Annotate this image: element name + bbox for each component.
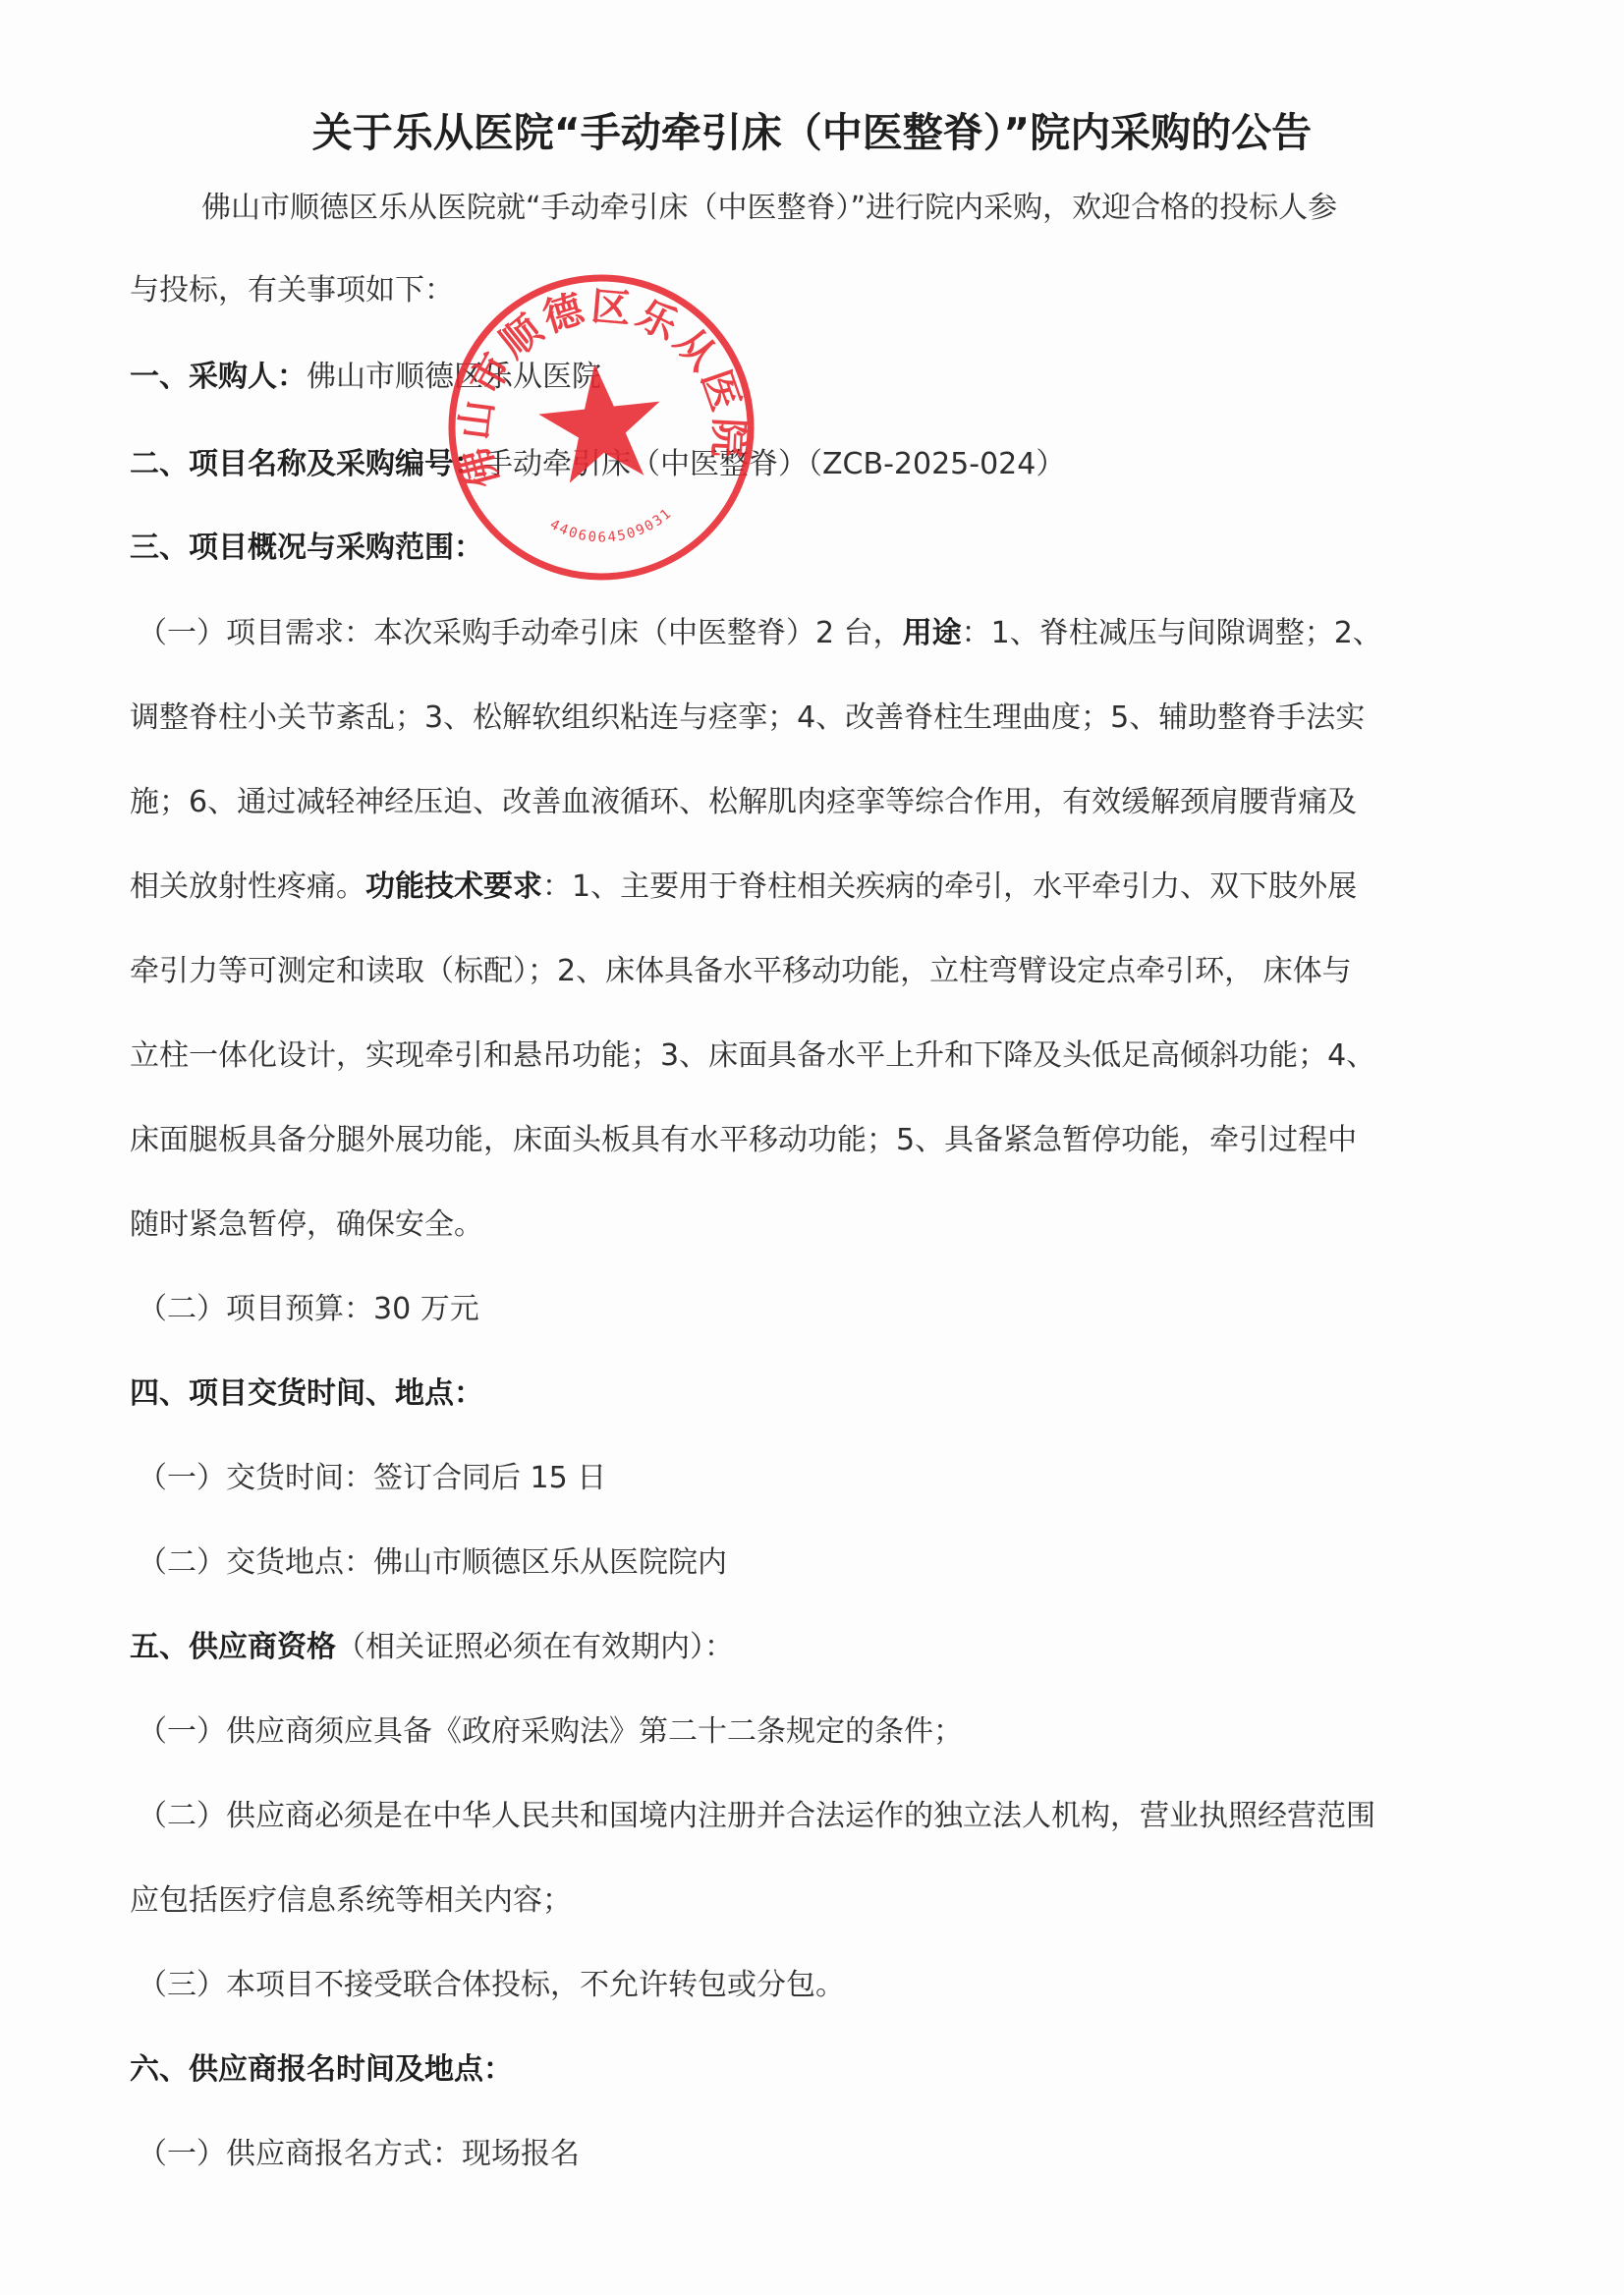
overview-line-4-prefix: 相关放射性疼痛。 <box>130 869 365 904</box>
overview-line-8: 随时紧急暂停，确保安全。 <box>130 1205 483 1245</box>
overview-line-5: 牵引力等可测定和读取（标配）；2、床体具备水平移动功能，立柱弯臂设定点牵引环， … <box>130 952 1352 991</box>
overview-line-1: （一）项目需求：本次采购手动牵引床（中医整脊）2 台，用途：1、脊柱减压与间隙调… <box>138 614 1382 653</box>
qualification-note: （相关证照必须在有效期内）： <box>336 1630 734 1664</box>
overview-line-3: 施；6、通过减轻神经压迫、改善血液循环、松解肌肉痉挛等综合作用，有效缓解颈肩腰背… <box>130 783 1357 822</box>
overview-line-6: 立柱一体化设计，实现牵引和悬吊功能；3、床面具备水平上升和下降及头低足高倾斜功能… <box>130 1036 1375 1076</box>
overview-line-2: 调整脊柱小关节紊乱；3、松解软组织粘连与痉挛；4、改善脊柱生理曲度；5、辅助整脊… <box>130 699 1365 738</box>
qualification-item-2-line-2: 应包括医疗信息系统等相关内容； <box>130 1881 572 1921</box>
qualification-item-1: （一）供应商须应具备《政府采购法》第二十二条规定的条件； <box>138 1712 963 1752</box>
section-project-name-label: 二、项目名称及采购编号： <box>130 447 483 481</box>
overview-line-4: 相关放射性疼痛。功能技术要求：1、主要用于脊柱相关疾病的牵引，水平牵引力、双下肢… <box>130 868 1357 907</box>
delivery-time: （一）交货时间：签订合同后 15 日 <box>138 1459 606 1498</box>
document-page: 关于乐从医院“手动牵引床（中医整脊）”院内采购的公告 佛山市顺德区乐从医院就“手… <box>0 0 1624 2295</box>
intro-line-1: 佛山市顺德区乐从医院就“手动牵引床（中医整脊）”进行院内采购，欢迎合格的投标人参 <box>201 189 1337 228</box>
requirement-prefix: （一）项目需求：本次采购手动牵引床（中医整脊）2 台， <box>138 616 903 650</box>
section-purchaser-label: 一、采购人： <box>130 360 307 394</box>
qualification-label: 五、供应商资格 <box>130 1630 336 1664</box>
section-qualification-heading: 五、供应商资格（相关证照必须在有效期内）： <box>130 1628 734 1667</box>
section-registration-heading: 六、供应商报名时间及地点： <box>130 2050 513 2090</box>
usage-label: 用途 <box>903 616 962 650</box>
section-project-name-value: 手动牵引床（中医整脊）（ZCB-2025-024） <box>483 447 1065 481</box>
registration-item-1: （一）供应商报名方式：现场报名 <box>138 2135 580 2174</box>
document-title: 关于乐从医院“手动牵引床（中医整脊）”院内采购的公告 <box>0 100 1624 158</box>
section-delivery-heading: 四、项目交货时间、地点： <box>130 1374 483 1414</box>
section-project-name: 二、项目名称及采购编号：手动牵引床（中医整脊）（ZCB-2025-024） <box>130 445 1065 484</box>
qualification-item-3: （三）本项目不接受联合体投标，不允许转包或分包。 <box>138 1966 845 2005</box>
tech-requirements-label: 功能技术要求 <box>365 869 542 904</box>
requirement-rest: ：1、脊柱减压与间隙调整；2、 <box>962 616 1382 650</box>
overview-line-4-rest: ：1、主要用于脊柱相关疾病的牵引，水平牵引力、双下肢外展 <box>542 869 1357 904</box>
delivery-place: （二）交货地点：佛山市顺德区乐从医院院内 <box>138 1543 727 1583</box>
budget-line: （二）项目预算：30 万元 <box>138 1290 479 1329</box>
section-overview-heading: 三、项目概况与采购范围： <box>130 529 483 568</box>
qualification-item-2-line-1: （二）供应商必须是在中华人民共和国境内注册并合法运作的独立法人机构，营业执照经营… <box>138 1797 1375 1836</box>
section-purchaser-value: 佛山市顺德区乐从医院 <box>307 360 601 394</box>
section-purchaser: 一、采购人：佛山市顺德区乐从医院 <box>130 358 601 397</box>
overview-line-7: 床面腿板具备分腿外展功能，床面头板具有水平移动功能；5、具备紧急暂停功能，牵引过… <box>130 1121 1357 1160</box>
seal-code: 4406064509031 <box>546 504 678 552</box>
intro-line-2: 与投标，有关事项如下： <box>130 271 454 310</box>
